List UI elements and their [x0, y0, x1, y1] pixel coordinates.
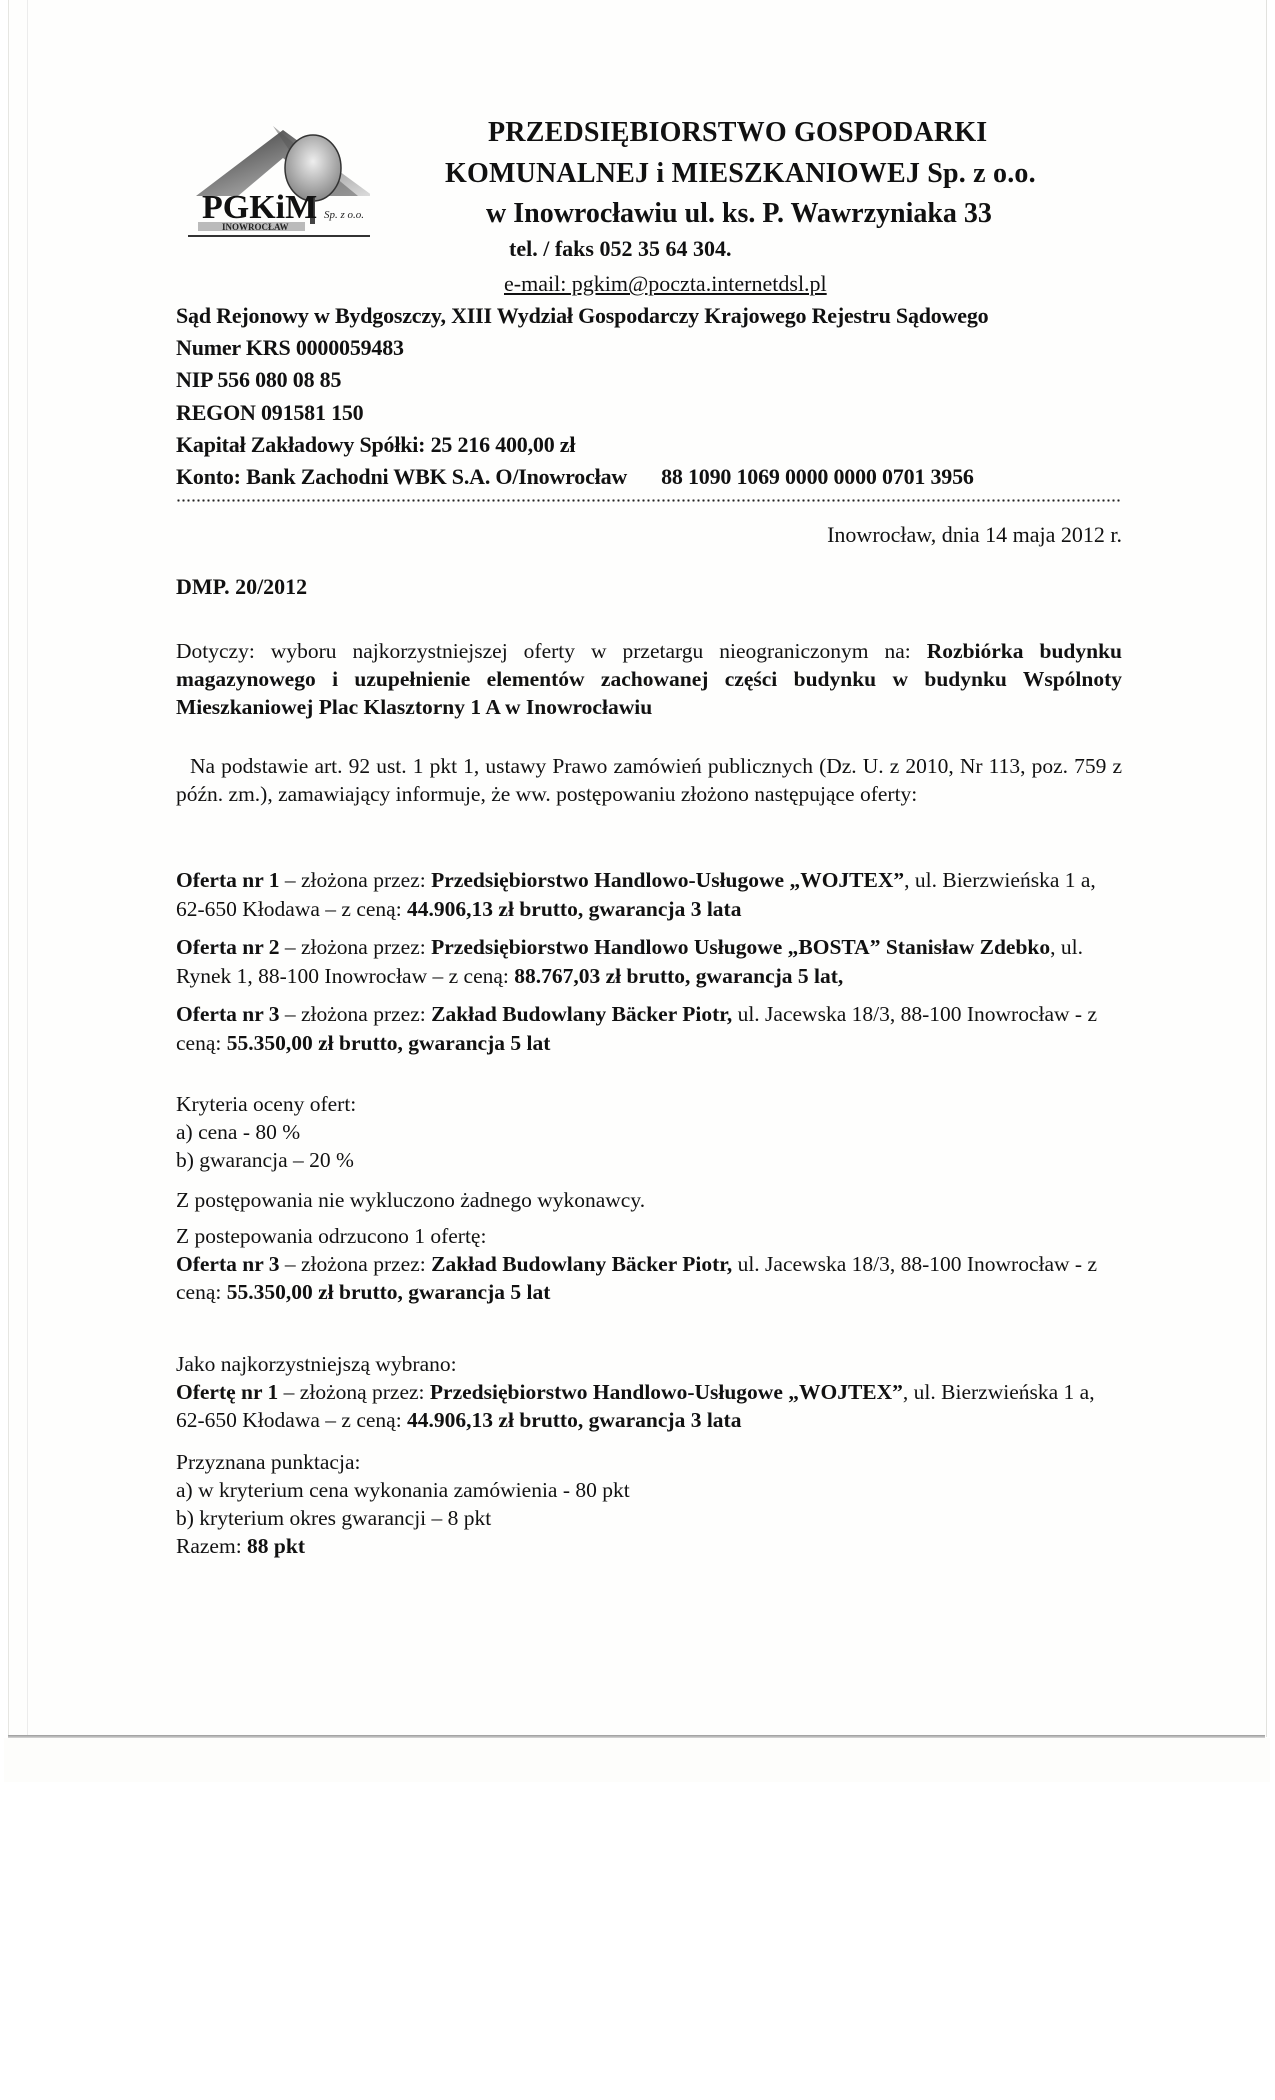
offer-terms: 44.906,13 zł brutto, gwarancja 3 lata — [407, 897, 741, 921]
pgkim-logo-house-tree-icon: PGKiM INOWROCŁAW Sp. z o.o. — [188, 118, 370, 246]
scoring-heading: Przyznana punktacja: — [176, 1448, 1122, 1476]
offer-by: – złożona przez: — [280, 935, 432, 959]
svg-text:PGKiM: PGKiM — [202, 189, 317, 226]
chosen-offer: Ofertę nr 1 – złożoną przez: Przedsiębio… — [176, 1378, 1122, 1434]
offers-list: Oferta nr 1 – złożona przez: Przedsiębio… — [176, 866, 1122, 1067]
scan-margin — [4, 1738, 1270, 1782]
excluded-statement: Z postępowania nie wykluczono żadnego wy… — [176, 1186, 1122, 1214]
offer-terms: 55.350,00 zł brutto, gwarancja 5 lat — [227, 1280, 551, 1304]
criteria-section: Kryteria oceny ofert: a) cena - 80 % b) … — [176, 1090, 1122, 1174]
offer-label: Oferta nr 1 — [176, 868, 280, 892]
offer-company: Przedsiębiorstwo Handlowo-Usługowe „WOJT… — [431, 868, 904, 892]
offer-by: – złożona przez: — [280, 1002, 432, 1026]
offer-label: Oferta nr 3 — [176, 1002, 280, 1026]
rejected-section: Z postepowania odrzucono 1 ofertę: Ofert… — [176, 1222, 1122, 1306]
company-address: w Inowrocławiu ul. ks. P. Wawrzyniaka 33 — [486, 198, 992, 230]
scoring-total: Razem: 88 pkt — [176, 1532, 1122, 1560]
document-date: Inowrocław, dnia 14 maja 2012 r. — [827, 522, 1122, 548]
document-reference: DMP. 20/2012 — [176, 574, 307, 600]
svg-text:Sp. z o.o.: Sp. z o.o. — [324, 209, 364, 221]
offer-item-1: Oferta nr 1 – złożona przez: Przedsiębio… — [176, 866, 1122, 923]
rejected-offer: Oferta nr 3 – złożona przez: Zakład Budo… — [176, 1250, 1122, 1306]
dotted-separator — [176, 499, 1121, 502]
scan-edge — [27, 0, 28, 1737]
company-email-link[interactable]: e-mail: pgkim@poczta.internetdsl.pl — [504, 271, 827, 297]
logo-underline — [188, 235, 370, 237]
rejected-heading: Z postepowania odrzucono 1 ofertę: — [176, 1222, 1122, 1250]
scoring-item-warranty: b) kryterium okres gwarancji – 8 pkt — [176, 1504, 1122, 1532]
svg-text:INOWROCŁAW: INOWROCŁAW — [222, 222, 289, 232]
chosen-heading: Jako najkorzystniejszą wybrano: — [176, 1350, 1122, 1378]
offer-label: Ofertę nr 1 — [176, 1380, 278, 1404]
chosen-section: Jako najkorzystniejszą wybrano: Ofertę n… — [176, 1350, 1122, 1434]
criteria-item-warranty: b) gwarancja – 20 % — [176, 1146, 1122, 1174]
offer-label: Oferta nr 2 — [176, 935, 280, 959]
registry-court: Sąd Rejonowy w Bydgoszczy, XIII Wydział … — [176, 303, 988, 329]
company-phone: tel. / faks 052 35 64 304. — [509, 236, 731, 262]
criteria-item-price: a) cena - 80 % — [176, 1118, 1122, 1146]
offer-terms: 88.767,03 zł brutto, gwarancja 5 lat, — [514, 964, 843, 988]
offer-company: Przedsiębiorstwo Handlowo Usługowe „BOST… — [431, 935, 1050, 959]
offer-company: Zakład Budowlany Bäcker Piotr, — [431, 1252, 732, 1276]
subject-paragraph: Dotyczy: wyboru najkorzystniejszej ofert… — [176, 637, 1122, 721]
legal-basis-paragraph: Na podstawie art. 92 ust. 1 pkt 1, ustaw… — [176, 752, 1122, 808]
scoring-section: Przyznana punktacja: a) w kryterium cena… — [176, 1448, 1122, 1560]
offer-item-2: Oferta nr 2 – złożona przez: Przedsiębio… — [176, 933, 1122, 990]
bank-name: Konto: Bank Zachodni WBK S.A. O/Inowrocł… — [176, 464, 627, 489]
registry-capital: Kapitał Zakładowy Spółki: 25 216 400,00 … — [176, 432, 575, 458]
registry-bank-account: Konto: Bank Zachodni WBK S.A. O/Inowrocł… — [176, 464, 974, 490]
offer-by: – złożona przez: — [280, 1252, 432, 1276]
criteria-heading: Kryteria oceny ofert: — [176, 1090, 1122, 1118]
offer-terms: 44.906,13 zł brutto, gwarancja 3 lata — [407, 1408, 741, 1432]
offer-terms: 55.350,00 zł brutto, gwarancja 5 lat — [227, 1031, 551, 1055]
offer-item-3: Oferta nr 3 – złożona przez: Zakład Budo… — [176, 1000, 1122, 1057]
scoring-total-label: Razem: — [176, 1534, 247, 1558]
registry-krs: Numer KRS 0000059483 — [176, 335, 404, 361]
offer-company: Zakład Budowlany Bäcker Piotr, — [431, 1002, 732, 1026]
account-number: 88 1090 1069 0000 0000 0701 3956 — [661, 464, 974, 489]
subject-intro: Dotyczy: wyboru najkorzystniejszej ofert… — [176, 639, 927, 663]
registry-regon: REGON 091581 150 — [176, 400, 363, 426]
company-name-line-1: PRZEDSIĘBIORSTWO GOSPODARKI — [488, 117, 987, 149]
registry-nip: NIP 556 080 08 85 — [176, 367, 341, 393]
scoring-item-price: a) w kryterium cena wykonania zamówienia… — [176, 1476, 1122, 1504]
scoring-total-value: 88 pkt — [247, 1534, 305, 1558]
offer-by: – złożoną przez: — [278, 1380, 430, 1404]
offer-company: Przedsiębiorstwo Handlowo-Usługowe „WOJT… — [430, 1380, 903, 1404]
offer-label: Oferta nr 3 — [176, 1252, 280, 1276]
company-name-line-2: KOMUNALNEJ i MIESZKANIOWEJ Sp. z o.o. — [445, 158, 1036, 190]
offer-by: – złożona przez: — [280, 868, 432, 892]
